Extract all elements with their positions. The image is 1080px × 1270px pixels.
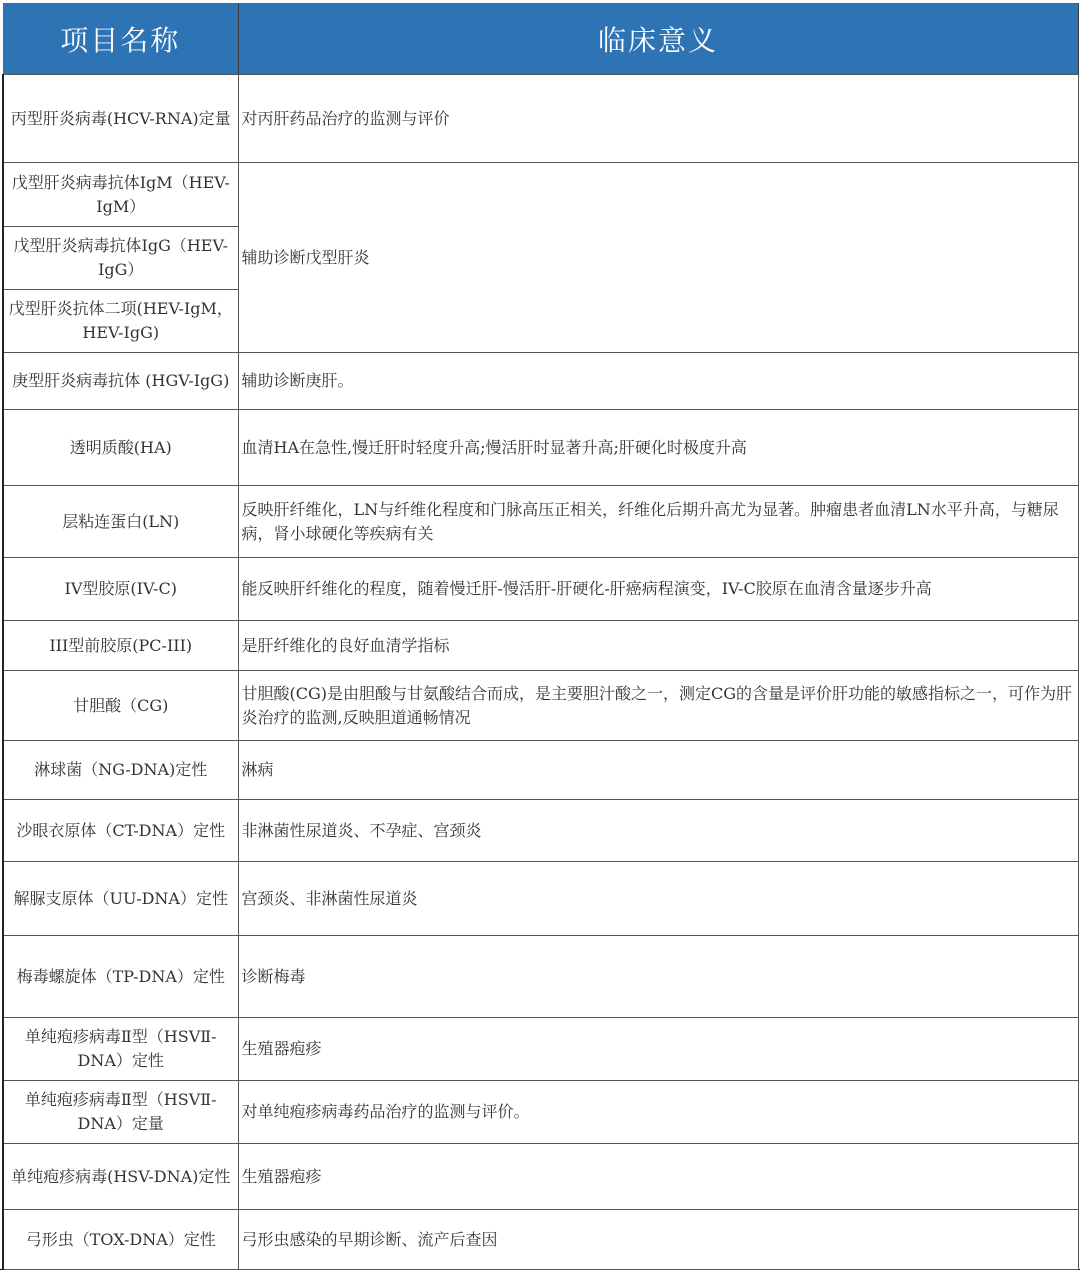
item-meaning: 弓形虫感染的早期诊断、流产后查因 bbox=[238, 1210, 1078, 1270]
table-row: 单纯疱疹病毒(HSV-DNA)定性 生殖器疱疹 bbox=[3, 1144, 1078, 1210]
item-meaning: 淋病 bbox=[238, 741, 1078, 800]
table-row: 解脲支原体（UU-DNA）定性 宫颈炎、非淋菌性尿道炎 bbox=[3, 862, 1078, 936]
item-meaning: 生殖器疱疹 bbox=[238, 1144, 1078, 1210]
item-meaning: 对丙肝药品治疗的监测与评价 bbox=[238, 75, 1078, 163]
table-row: 戊型肝炎病毒抗体IgM（HEV-IgM） 辅助诊断戊型肝炎 bbox=[3, 163, 1078, 227]
item-name: IV型胶原(IV-C) bbox=[3, 558, 238, 621]
item-meaning: 诊断梅毒 bbox=[238, 936, 1078, 1018]
item-meaning: 血清HA在急性,慢迁肝时轻度升高;慢活肝时显著升高;肝硬化时极度升高 bbox=[238, 410, 1078, 486]
item-name: 淋球菌（NG-DNA)定性 bbox=[3, 741, 238, 800]
table-header-row: 项目名称 临床意义 bbox=[3, 3, 1078, 75]
table-row: 层粘连蛋白(LN) 反映肝纤维化，LN与纤维化程度和门脉高压正相关，纤维化后期升… bbox=[3, 486, 1078, 558]
table-row: 丙型肝炎病毒(HCV-RNA)定量 对丙肝药品治疗的监测与评价 bbox=[3, 75, 1078, 163]
table-row: 甘胆酸（CG) 甘胆酸(CG)是由胆酸与甘氨酸结合而成，是主要胆汁酸之一，测定C… bbox=[3, 671, 1078, 741]
item-name: 层粘连蛋白(LN) bbox=[3, 486, 238, 558]
item-meaning: 宫颈炎、非淋菌性尿道炎 bbox=[238, 862, 1078, 936]
item-name: 甘胆酸（CG) bbox=[3, 671, 238, 741]
table-row: 单纯疱疹病毒Ⅱ型（HSVⅡ-DNA）定性 生殖器疱疹 bbox=[3, 1018, 1078, 1081]
header-item-name: 项目名称 bbox=[3, 3, 238, 75]
item-name: 沙眼衣原体（CT-DNA）定性 bbox=[3, 800, 238, 862]
table-row: 弓形虫（TOX-DNA）定性 弓形虫感染的早期诊断、流产后查因 bbox=[3, 1210, 1078, 1270]
item-name: 单纯疱疹病毒Ⅱ型（HSVⅡ-DNA）定量 bbox=[3, 1081, 238, 1144]
item-name: 梅毒螺旋体（TP-DNA）定性 bbox=[3, 936, 238, 1018]
item-meaning: 辅助诊断庚肝。 bbox=[238, 353, 1078, 410]
table-row: 淋球菌（NG-DNA)定性 淋病 bbox=[3, 741, 1078, 800]
table-row: 沙眼衣原体（CT-DNA）定性 非淋菌性尿道炎、不孕症、宫颈炎 bbox=[3, 800, 1078, 862]
item-name: 戊型肝炎病毒抗体IgG（HEV-IgG） bbox=[3, 227, 238, 290]
table-row: 庚型肝炎病毒抗体 (HGV-IgG) 辅助诊断庚肝。 bbox=[3, 353, 1078, 410]
table-row: 梅毒螺旋体（TP-DNA）定性 诊断梅毒 bbox=[3, 936, 1078, 1018]
item-meaning: 生殖器疱疹 bbox=[238, 1018, 1078, 1081]
item-name: 戊型肝炎病毒抗体IgM（HEV-IgM） bbox=[3, 163, 238, 227]
item-meaning: 是肝纤维化的良好血清学指标 bbox=[238, 621, 1078, 671]
item-meaning: 辅助诊断戊型肝炎 bbox=[238, 163, 1078, 353]
table-row: III型前胶原(PC-III) 是肝纤维化的良好血清学指标 bbox=[3, 621, 1078, 671]
item-name: III型前胶原(PC-III) bbox=[3, 621, 238, 671]
item-name: 单纯疱疹病毒(HSV-DNA)定性 bbox=[3, 1144, 238, 1210]
document-page: 项目名称 临床意义 丙型肝炎病毒(HCV-RNA)定量 对丙肝药品治疗的监测与评… bbox=[0, 0, 1080, 1269]
item-name: 解脲支原体（UU-DNA）定性 bbox=[3, 862, 238, 936]
item-name: 弓形虫（TOX-DNA）定性 bbox=[3, 1210, 238, 1270]
header-clinical-meaning: 临床意义 bbox=[238, 3, 1078, 75]
table-row: IV型胶原(IV-C) 能反映肝纤维化的程度，随着慢迁肝-慢活肝-肝硬化-肝癌病… bbox=[3, 558, 1078, 621]
item-meaning: 对单纯疱疹病毒药品治疗的监测与评价。 bbox=[238, 1081, 1078, 1144]
item-name: 庚型肝炎病毒抗体 (HGV-IgG) bbox=[3, 353, 238, 410]
table-row: 透明质酸(HA) 血清HA在急性,慢迁肝时轻度升高;慢活肝时显著升高;肝硬化时极… bbox=[3, 410, 1078, 486]
item-name: 戊型肝炎抗体二项(HEV-IgM，HEV-IgG) bbox=[3, 290, 238, 353]
item-meaning: 甘胆酸(CG)是由胆酸与甘氨酸结合而成，是主要胆汁酸之一，测定CG的含量是评价肝… bbox=[238, 671, 1078, 741]
table-row: 单纯疱疹病毒Ⅱ型（HSVⅡ-DNA）定量 对单纯疱疹病毒药品治疗的监测与评价。 bbox=[3, 1081, 1078, 1144]
item-name: 单纯疱疹病毒Ⅱ型（HSVⅡ-DNA）定性 bbox=[3, 1018, 238, 1081]
item-meaning: 非淋菌性尿道炎、不孕症、宫颈炎 bbox=[238, 800, 1078, 862]
item-meaning: 反映肝纤维化，LN与纤维化程度和门脉高压正相关，纤维化后期升高尤为显著。肿瘤患者… bbox=[238, 486, 1078, 558]
item-name: 透明质酸(HA) bbox=[3, 410, 238, 486]
item-name: 丙型肝炎病毒(HCV-RNA)定量 bbox=[3, 75, 238, 163]
item-meaning: 能反映肝纤维化的程度，随着慢迁肝-慢活肝-肝硬化-肝癌病程演变，IV-C胶原在血… bbox=[238, 558, 1078, 621]
clinical-test-table: 项目名称 临床意义 丙型肝炎病毒(HCV-RNA)定量 对丙肝药品治疗的监测与评… bbox=[2, 3, 1079, 1269]
